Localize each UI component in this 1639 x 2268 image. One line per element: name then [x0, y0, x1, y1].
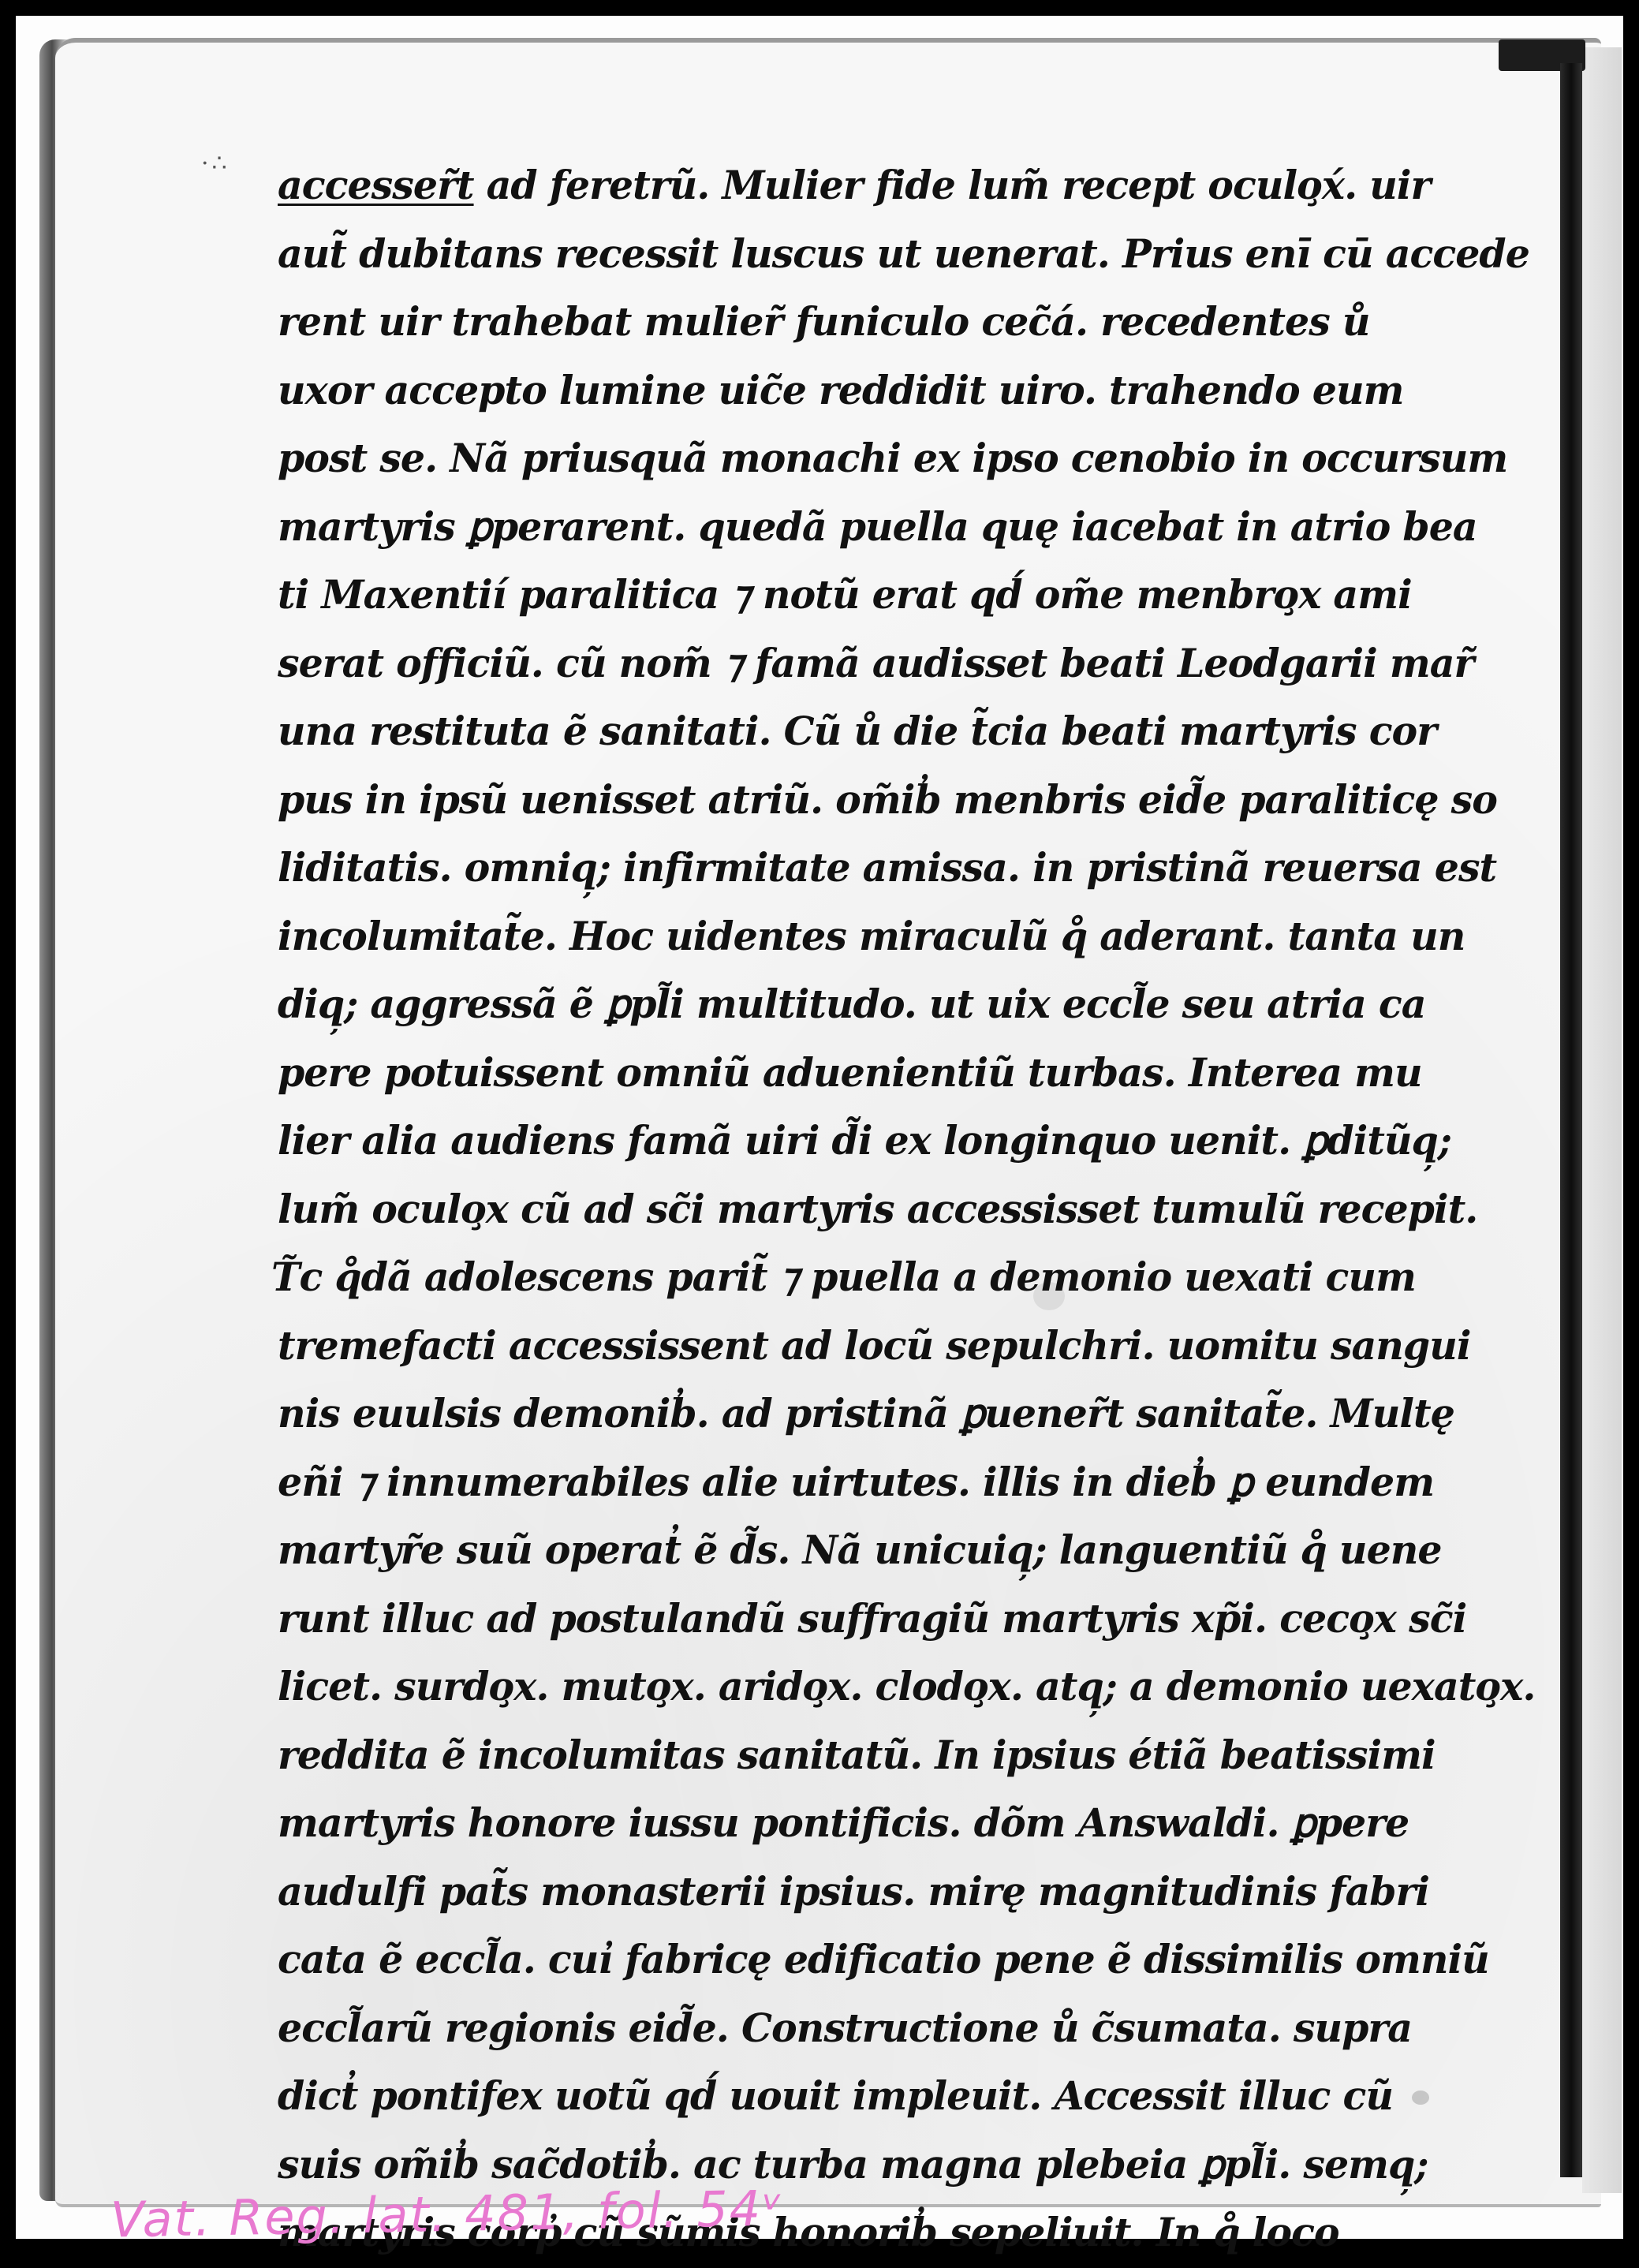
manuscript-line-25: martyris honore iussu pontificis. dõm A… [278, 1789, 1530, 1858]
line-text: ad feretrũ. Mulier fide lum̃ recept ocu… [474, 162, 1431, 208]
manuscript-line-24: reddita ẽ incolumitas sanitatũ. In ips… [278, 1721, 1530, 1790]
manuscript-line-10: pus in ipsũ uenisset atriũ. om̃ib̓ men… [278, 766, 1530, 835]
manuscript-line-13: diq̦; aggressã ẽ ꝑpl̃i multitudo. ut u… [278, 970, 1530, 1039]
manuscript-line-27: cata ẽ eccl̃a. cui̓ fabricę edificatio… [278, 1926, 1530, 1994]
manuscript-line-16: lum̃ oculo̧x cũ ad sc̃i martyris access… [278, 1175, 1530, 1244]
underlined-word: accesser̃t [278, 162, 474, 208]
shelfmark-annotation: Vat. Reg. lat. 481, fol. 54ᵛ [110, 2180, 784, 2249]
manuscript-line-29: dict̓ pontifex uotũ qd́ uouit impleuit.… [278, 2062, 1530, 2131]
manuscript-line-7: ti Maxentií paralitica ⁊ notũ erat qd́… [278, 561, 1530, 630]
manuscript-line-15: lier alia audiens famã uiri d̃i ex long… [278, 1107, 1530, 1175]
manuscript-line-6: martyris ꝑperarent. quedã puella quę i… [278, 493, 1530, 562]
manuscript-line-9: una restituta ẽ sanitati. Cũ ů die t̃… [278, 697, 1530, 766]
manuscript-line-4: uxor accepto lumine uic̃e reddidit uiro.… [278, 357, 1530, 425]
manuscript-line-2: aut̃ dubitans recessit luscus ut uenerat… [278, 220, 1530, 289]
manuscript-line-26: audulfi pat̃s monasterii ipsius. mirę m… [278, 1858, 1530, 1926]
binding-gutter [1560, 63, 1582, 2177]
manuscript-line-14: pere potuissent omniũ aduenientiũ turb… [278, 1039, 1530, 1108]
manuscript-line-20: eñi ⁊ innumerabiles alie uirtutes. illi… [278, 1448, 1530, 1517]
manuscript-line-11: liditatis. omniq̦; infirmitate amissa. i… [278, 834, 1530, 902]
manuscript-line-12: incolumitat̃e. Hoc uidentes miraculũ q̊… [278, 902, 1530, 971]
manuscript-line-17: T̃c q̊dã adolescens parit̃ ⁊ puella a d… [271, 1243, 1529, 1312]
manuscript-line-3: rent uir trahebat mulier̃ funiculo cec̃a… [278, 288, 1530, 357]
manuscript-line-1: accesser̃t ad feretrũ. Mulier fide lum̃… [278, 151, 1530, 220]
manuscript-line-8: serat officiũ. cũ nom̃ ⁊ famã audisse… [278, 630, 1530, 698]
manuscript-line-28: eccl̃arũ regionis eid̃e. Constructione … [278, 1994, 1530, 2063]
margin-mark: ·∴ [201, 150, 230, 177]
manuscript-text-block: accesser̃t ad feretrũ. Mulier fide lum̃… [278, 151, 1555, 2267]
manuscript-line-23: licet. surdo̧x. muto̧x. arido̧x. clodo̧x… [278, 1653, 1530, 1721]
adjacent-leaf-edge [1582, 47, 1622, 2193]
manuscript-line-19: nis euulsis demonib̓. ad pristinã ꝑuene… [278, 1380, 1530, 1448]
manuscript-line-22: runt illuc ad postulandũ suffragiũ mar… [278, 1585, 1530, 1653]
manuscript-line-18: tremefacti accessissent ad locũ sepulch… [278, 1312, 1530, 1381]
manuscript-line-5: post se. Nã priusquã monachi ex ipso c… [278, 424, 1530, 493]
manuscript-line-21: martyr̃e suũ operat̓ ẽ d̃s. Nã unicui… [278, 1516, 1530, 1585]
